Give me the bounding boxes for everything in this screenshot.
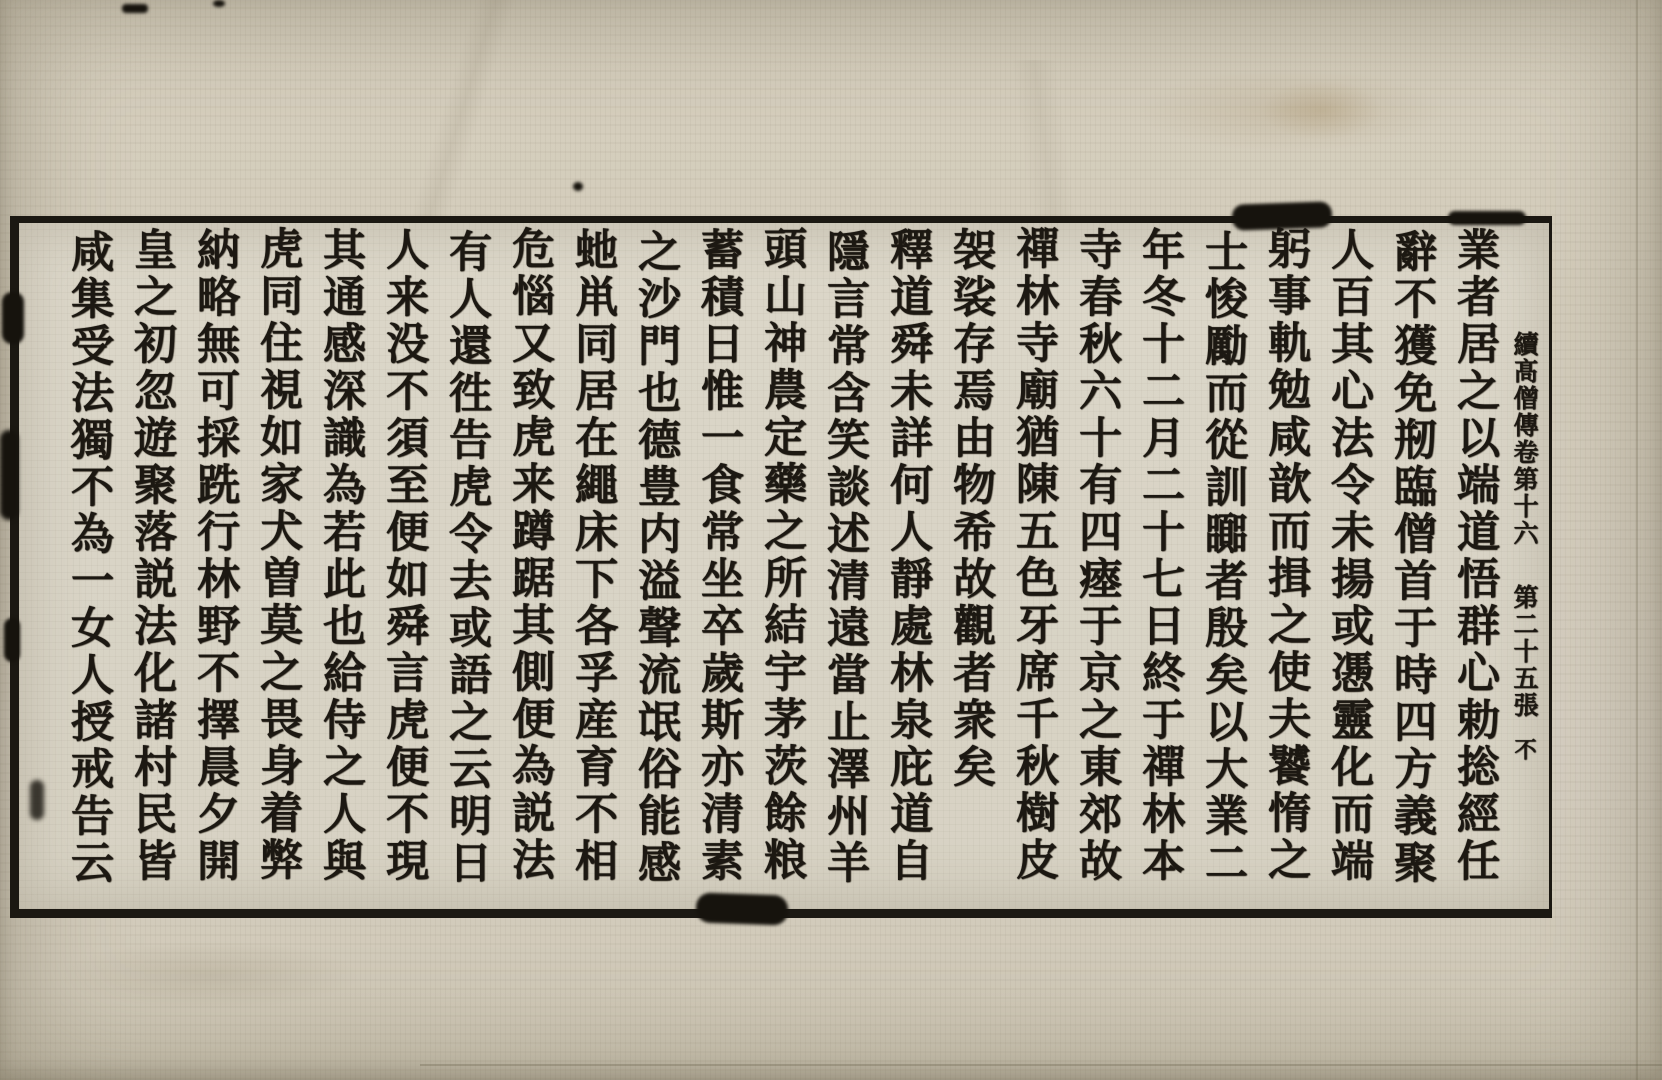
text-column: 業者居之以端道悟群心勅捴經任 [1453, 227, 1496, 903]
text-column: 咸集受法獨不為一女人授戒告云 [67, 229, 110, 905]
text-column: 躬事軌勉咸歆而揖之使夫饕惰之 [1264, 226, 1307, 902]
ink-blotch [1448, 211, 1526, 225]
ink-speck [213, 0, 225, 7]
text-column: 蓄積日惟一食常坐卒歲斯亦清素 [697, 227, 740, 903]
ink-smudge [30, 780, 44, 820]
text-column: 年冬十二月二十七日終于禪林本 [1138, 227, 1181, 903]
ink-blotch [1232, 201, 1333, 230]
text-column: 釋道舜未詳何人靜處林泉庇道自 [886, 227, 929, 903]
sheet-header-column: 續髙僧傳卷第十六 第二十五張 不 [1512, 227, 1537, 903]
volume-title: 續髙僧傳卷第十六 [1510, 331, 1539, 547]
ink-blotch [0, 430, 18, 520]
text-column: 有人還徃告虎令去或語之云明日 [445, 229, 488, 905]
case-mark: 不 [1511, 738, 1537, 762]
paper-crease [1636, 0, 1638, 1080]
text-column: 人百其心法令未揚或慿靈化而端 [1327, 227, 1370, 903]
paper-discoloration [60, 940, 360, 1010]
brown-stain [1262, 80, 1382, 140]
text-column: 袈裟存焉由物希故觀者衆矣 [949, 227, 992, 903]
text-column: 虵鼡同居在繩床下各孚産育不相 [571, 227, 614, 903]
text-frame: 續髙僧傳卷第十六 第二十五張 不 業者居之以端道悟群心勅捴經任辭不獲免剏臨僧首于… [10, 216, 1552, 918]
text-column: 危惱又致虎来蹲踞其側便為説法 [508, 226, 551, 902]
ink-blotch [696, 892, 789, 925]
ink-blotch [4, 618, 20, 662]
text-column: 皇之初忽遊聚落説法化諸村民皆 [130, 227, 173, 903]
text-column: 虎同住視如家犬曽莫之畏身着弊 [256, 226, 299, 902]
paper-edge-shadow [420, 1064, 1662, 1066]
text-column: 之沙門也德豊内溢聲流氓俗能感 [634, 229, 677, 905]
text-column: 禪林寺廟猶陳五色牙席千秋樹皮 [1012, 226, 1055, 902]
text-column: 寺春秋六十有四瘞于京之東郊故 [1075, 227, 1118, 903]
text-column: 納略無可採跣行林野不擇晨夕開 [193, 227, 236, 903]
sheet-number: 第二十五張 [1510, 584, 1539, 719]
text-column: 士悛勵而從訓嚻者殷矣以大業二 [1201, 229, 1244, 905]
ink-blotch [2, 292, 24, 344]
text-column: 頭山神農定藥之所結宇茅茨餘粮 [760, 226, 803, 902]
text-block: 續髙僧傳卷第十六 第二十五張 不 業者居之以端道悟群心勅捴經任辭不獲免剏臨僧首于… [27, 227, 1541, 903]
text-column: 其通感深識為若此也給侍之人與 [319, 227, 362, 903]
ink-speck [573, 182, 583, 191]
scanned-page: 續髙僧傳卷第十六 第二十五張 不 業者居之以端道悟群心勅捴經任辭不獲免剏臨僧首于… [0, 0, 1662, 1080]
text-column: 隱言常含笑談述清遠當止澤州羊 [823, 229, 866, 905]
text-column: 辭不獲免剏臨僧首于時四方義聚 [1390, 229, 1433, 905]
text-column: 人来没不須至便如舜言虎便不現 [382, 227, 425, 903]
ink-speck [122, 4, 148, 13]
